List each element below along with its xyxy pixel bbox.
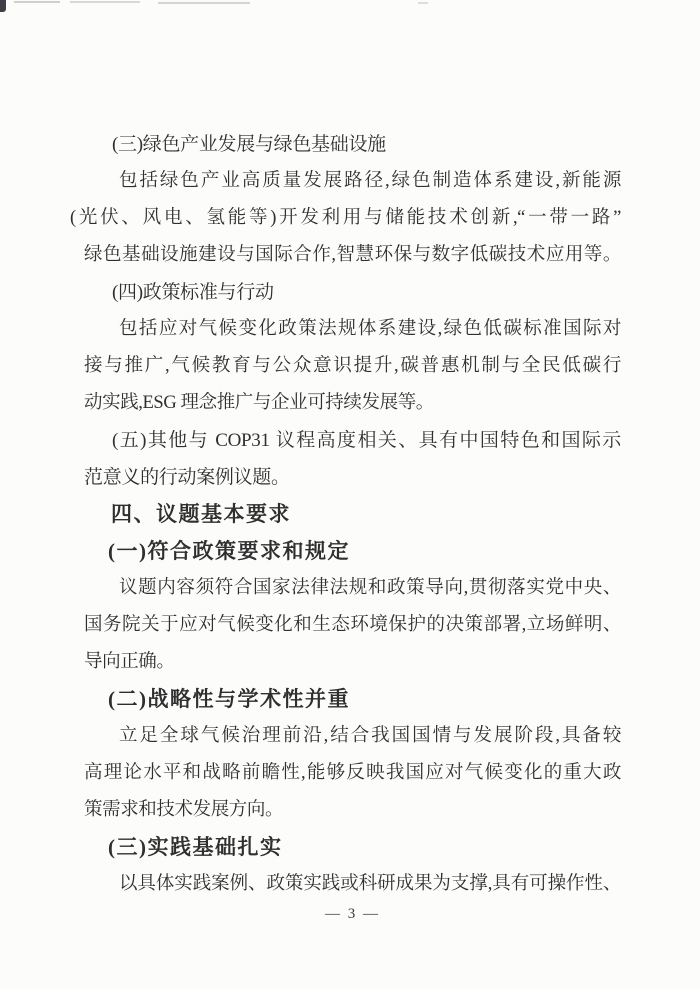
heading-requirement-2: (二)战略性与学术性并重 xyxy=(84,681,621,718)
heading-section-3: (三)绿色产业发展与绿色基础设施 xyxy=(84,126,621,163)
heading-section-5-cont: 范意义的行动案例议题。 xyxy=(84,459,621,496)
scan-artifact xyxy=(158,2,250,4)
document-page: (三)绿色产业发展与绿色基础设施包括绿色产业高质量发展路径,绿色制造体系建设,新… xyxy=(0,0,700,990)
scan-artifact xyxy=(70,1,140,3)
body-line: 动实践,ESG 理念推广与企业可持续发展等。 xyxy=(84,385,621,422)
body-line: 高理论水平和战略前瞻性,能够反映我国应对气候变化的重大政 xyxy=(84,755,621,792)
document-body: (三)绿色产业发展与绿色基础设施包括绿色产业高质量发展路径,绿色制造体系建设,新… xyxy=(84,126,621,903)
heading-requirement-3: (三)实践基础扎实 xyxy=(84,829,621,866)
body-line: 立足全球气候治理前沿,结合我国国情与发展阶段,具备较 xyxy=(84,718,621,755)
body-line: (光伏、风电、氢能等)开发利用与储能技术创新,“一带一路” xyxy=(84,200,621,237)
heading-requirement-1: (一)符合政策要求和规定 xyxy=(84,533,621,570)
heading-section-4: (四)政策标准与行动 xyxy=(84,274,621,311)
body-line: 绿色基础设施建设与国际合作,智慧环保与数字低碳技术应用等。 xyxy=(84,237,621,274)
body-line: 包括应对气候变化政策法规体系建设,绿色低碳标准国际对 xyxy=(84,311,621,348)
heading-part-4: 四、议题基本要求 xyxy=(84,496,621,533)
page-number: — 3 — xyxy=(84,899,621,929)
body-line: 策需求和技术发展方向。 xyxy=(84,792,621,829)
scan-artifact xyxy=(418,2,428,4)
body-line: 导向正确。 xyxy=(84,644,621,681)
body-line: 国务院关于应对气候变化和生态环境保护的决策部署,立场鲜明、 xyxy=(84,607,621,644)
body-line: 议题内容须符合国家法律法规和政策导向,贯彻落实党中央、 xyxy=(84,570,621,607)
body-line: 接与推广,气候教育与公众意识提升,碳普惠机制与全民低碳行 xyxy=(84,348,621,385)
scan-corner-mark xyxy=(0,0,6,12)
body-line: 包括绿色产业高质量发展路径,绿色制造体系建设,新能源 xyxy=(84,163,621,200)
scan-artifact xyxy=(14,1,60,3)
heading-section-5: (五)其他与 COP31 议程高度相关、具有中国特色和国际示 xyxy=(84,422,621,459)
body-line: 以具体实践案例、政策实践或科研成果为支撑,具有可操作性、 xyxy=(84,866,621,903)
